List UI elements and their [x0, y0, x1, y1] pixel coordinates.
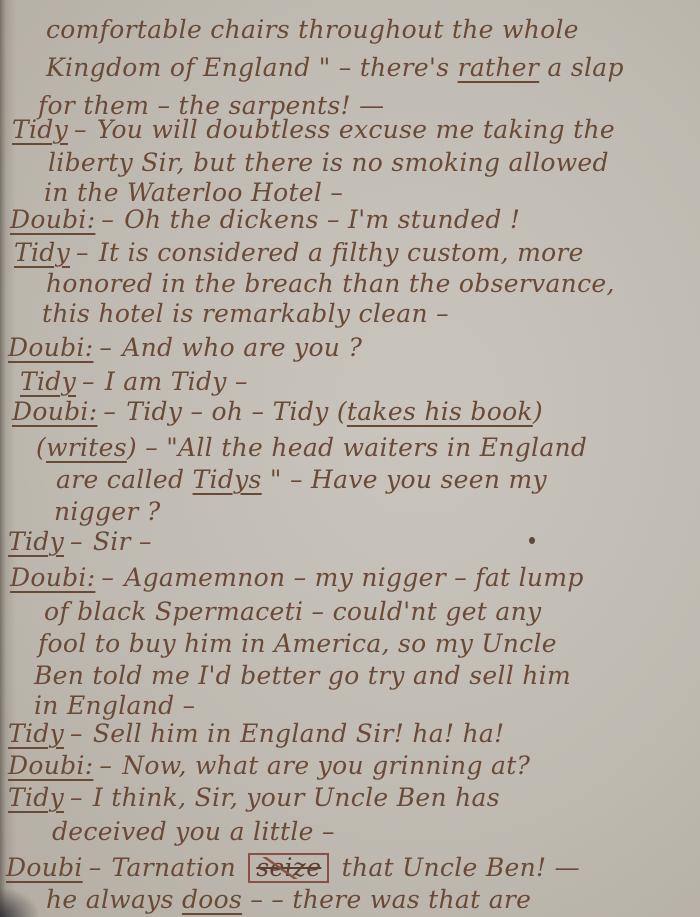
- line-text: Sell him in England Sir! ha! ha!: [93, 719, 505, 748]
- line-text: he always: [46, 885, 182, 914]
- line-text: a slap: [539, 53, 624, 82]
- line-text: – – there was that are: [242, 885, 531, 914]
- line-text: ) – "All the head waiters in England: [127, 433, 587, 462]
- ink-blot: [529, 537, 535, 544]
- manuscript-line: comfortable chairs throughout the whole: [46, 10, 700, 50]
- underlined-word: rather: [458, 53, 540, 82]
- line-text: comfortable chairs throughout the whole: [46, 15, 579, 44]
- stage-direction: writes: [46, 433, 127, 462]
- speaker-name: Tidy: [8, 522, 64, 562]
- line-text: You will doubtless excuse me taking the: [97, 115, 615, 144]
- line-text: (: [36, 433, 46, 462]
- struck-out-boxed-word: seize: [248, 853, 329, 883]
- manuscript-page: comfortable chairs throughout the whole …: [0, 0, 700, 917]
- line-text: Sir –: [93, 527, 152, 556]
- line-text: Agamemnon – my nigger – fat lump: [124, 563, 583, 592]
- line-text: deceived you a little –: [52, 817, 335, 846]
- line-text: ): [533, 397, 543, 426]
- line-text: I think, Sir, your Uncle Ben has: [93, 783, 500, 812]
- stage-direction: takes his book: [347, 397, 533, 426]
- dialogue-line: Doubi:–Tidy – oh – Tidy (takes his book): [12, 392, 700, 432]
- line-text: " – Have you seen my: [262, 465, 547, 494]
- line-text: And who are you ?: [122, 333, 362, 362]
- line-text: Tarnation: [112, 853, 245, 882]
- manuscript-line: he always doos – – there was that are: [46, 880, 700, 917]
- line-text: It is considered a filthy custom, more: [99, 238, 584, 267]
- line-text: Tidy – oh – Tidy (: [126, 397, 347, 426]
- line-text: this hotel is remarkably clean –: [42, 299, 449, 328]
- line-text: that Uncle Ben! —: [333, 853, 580, 882]
- line-text: Kingdom of England " – there's: [46, 53, 458, 82]
- underlined-word: Tidys: [193, 465, 262, 494]
- line-text: fool to buy him in America, so my Uncle: [38, 629, 557, 658]
- underlined-word: doos: [182, 885, 242, 914]
- manuscript-line: Kingdom of England " – there's rather a …: [46, 48, 700, 88]
- manuscript-line: deceived you a little –: [52, 812, 700, 852]
- binding-shadow: [0, 887, 40, 917]
- dialogue-line: Tidy–Sir –: [8, 522, 700, 562]
- line-text: Oh the dickens – I'm stunded !: [124, 205, 520, 234]
- line-text: are called: [56, 465, 193, 494]
- line-text: of black Spermaceti – could'nt get any: [44, 597, 541, 626]
- speaker-name: Doubi:: [12, 392, 97, 432]
- line-text: Now, what are you grinning at?: [122, 751, 530, 780]
